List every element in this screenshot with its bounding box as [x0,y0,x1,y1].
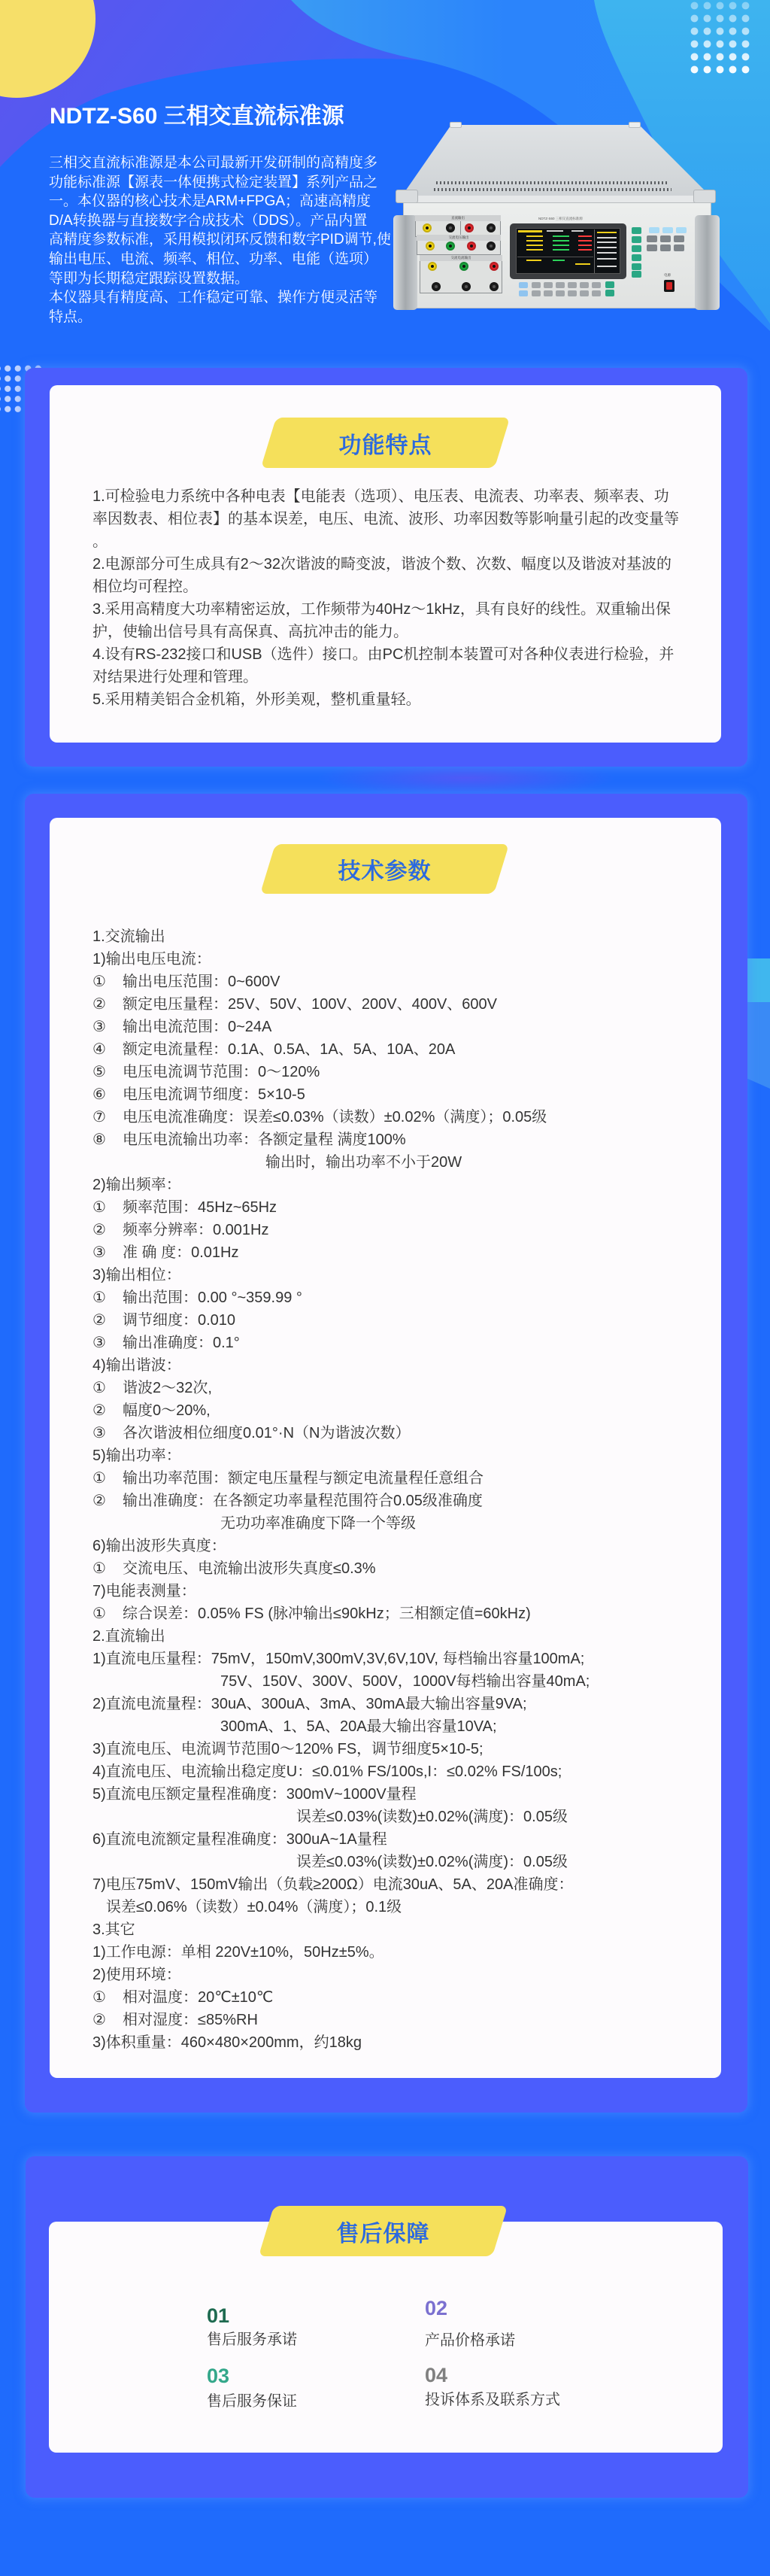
function-key [662,227,673,233]
spec-line-text: 谐波2～32次, [123,1380,212,1396]
spec-line: ①谐波2～32次, [92,1377,590,1399]
screen-value [553,240,569,241]
spec-item-number: ③ [92,1016,123,1038]
spec-item-number: ⑧ [92,1129,123,1151]
spec-line-text: 75V、150V、300V、500V，1000V每档输出容量40mA; [220,1673,590,1690]
keypad-key [605,290,614,296]
section-badge-specs: 技术参数 [268,844,502,894]
spec-line-text: 2.直流输出 [92,1628,165,1645]
spec-line: ②幅度0～20%, [92,1399,590,1422]
spec-line: 300mA、1、5A、20A最大输出容量10VA; [92,1715,590,1738]
after-sales-section: 售后保障 01 售后服务承诺 02 产品价格承诺 03 售后服务保证 04 投诉… [26,2156,748,2498]
screen-value [526,249,543,251]
spec-line: 2)直流电流量程：30uA、300uA、3mA、30mA最大输出容量9VA; [92,1693,590,1715]
spec-line: 2)输出频率： [92,1174,590,1196]
screen-value [578,240,592,241]
description-line: 功能标准源【源表一体便携式检定装置】系列产品之 [49,173,395,193]
spec-line: ③准 确 度：0.01Hz [92,1241,590,1264]
terminal-group-label: 交流电流输出 [420,255,502,261]
feature-line: 。 [92,530,679,553]
section-badge-after-sales: 售后保障 [266,2206,500,2256]
terminal-black [462,282,471,291]
spec-item-number: ② [92,993,123,1016]
spec-line: 误差≤0.03%(读数)±0.02%(满度)：0.05级 [92,1806,590,1828]
spec-item-number: ① [92,1602,123,1625]
screen-value [578,245,592,246]
soft-key [632,263,641,270]
section-title: 售后保障 [337,2215,430,2248]
spec-line: 误差≤0.03%(读数)±0.02%(满度)：0.05级 [92,1851,590,1873]
screen-value [526,235,543,237]
terminal-yellow [423,223,432,232]
spec-item-number: ③ [92,1422,123,1444]
spec-line-text: 输出准确度：在各额定功率量程范围符合0.05级准确度 [123,1493,483,1509]
spec-item-number: ⑤ [92,1061,123,1083]
terminal-red [467,241,476,251]
screen-side-value [597,232,617,233]
spec-line-text: 无功功率准确度下降一个等级 [220,1515,416,1532]
section-title: 功能特点 [339,427,432,460]
spec-line-text: 频率范围：45Hz~65Hz [123,1199,277,1216]
screen-value [553,235,569,237]
spec-line-text: 调节细度：0.010 [123,1312,235,1329]
arrow-key [660,245,671,251]
keypad-key [568,290,577,296]
after-sales-label: 售后服务承诺 [207,2329,297,2350]
description-line: 输出电压、电流、频率、相位、功率、电能（选项） [49,250,395,269]
terminal-green [459,262,468,271]
spec-line-text: 300mA、1、5A、20A最大输出容量10VA; [220,1718,497,1735]
spec-line: ①输出范围：0.00 °~359.99 ° [92,1286,590,1309]
feature-line: 5.采用精美铝合金机箱，外形美观，整机重量轻。 [92,688,679,711]
features-list: 1.可检验电力系统中各种电表【电能表（选项）、电压表、电流表、功率表、频率表、功… [92,485,679,711]
spec-item-number: ① [92,1986,123,2009]
terminal-group-label: 交流电压输出 [417,235,501,241]
spec-item-number: ② [92,1399,123,1422]
terminal-group-label: 直流输出 [415,215,501,221]
screen-value [578,235,592,237]
spec-line-text: 1.交流输出 [92,928,165,945]
screen-value [526,245,543,246]
description-line: 一。本仪器的核心技术是ARM+FPGA；高速高精度 [49,192,395,211]
spec-line-text: 相对温度：20℃±10℃ [123,1989,273,2006]
spec-line-text: 误差≤0.06%（读数）±0.04%（满度）；0.1级 [106,1899,402,1915]
section-title: 技术参数 [338,852,432,885]
lid-tab [629,122,641,128]
spec-item-number: ① [92,1557,123,1580]
after-sales-number: 03 [207,2364,229,2388]
blue-strip-decoration [747,1002,770,1089]
after-sales-number: 01 [207,2304,229,2328]
spec-item-number: ⑦ [92,1106,123,1129]
spec-line: ⑦电压电流准确度：误差≤0.03%（读数）±0.02%（满度）；0.05级 [92,1106,590,1129]
spec-line-text: 7)电能表测量： [92,1583,196,1599]
spec-item-number: ① [92,1467,123,1490]
screen-text [547,230,563,232]
spec-line: ②频率分辨率：0.001Hz [92,1219,590,1241]
spec-item-number: ② [92,1219,123,1241]
terminal-red [490,262,499,271]
spec-item-number: ④ [92,1038,123,1061]
spec-line: 误差≤0.06%（读数）±0.04%（满度）；0.1级 [92,1896,590,1918]
arrow-key [674,245,684,251]
spec-line: 5)输出功率： [92,1444,590,1467]
spec-line-text: 3)体积重量：460×480×200mm，约18kg [92,2034,362,2051]
specs-card: 技术参数 1.交流输出 1)输出电压电流： ①输出电压范围：0~600V ②额定… [50,818,721,2078]
spec-line-text: 电压电流准确度：误差≤0.03%（读数）±0.02%（满度）；0.05级 [123,1109,547,1125]
after-sales-label: 售后服务保证 [207,2391,297,2412]
feature-line: 护，使输出信号具有高保真、高抗冲击的能力。 [92,621,679,643]
spec-item-number: ① [92,1196,123,1219]
spec-item-number: ③ [92,1241,123,1264]
spec-line: 输出时，输出功率不小于20W [92,1151,590,1174]
handle-left [393,215,417,310]
feature-line: 对结果进行处理和管理。 [92,666,679,688]
spec-line: 3)体积重量：460×480×200mm，约18kg [92,2031,590,2054]
handle-right [695,215,720,310]
keypad-key [580,290,589,296]
spec-line-text: 幅度0～20%, [123,1402,211,1419]
function-key [676,227,687,233]
spec-line-text: 3.其它 [92,1921,135,1938]
keypad-key [592,282,601,288]
dot-grid-decoration [688,0,752,76]
screen-side-value [597,241,617,243]
spec-line-text: 输出准确度：0.1° [123,1335,240,1351]
spec-line-text: 电压电流调节范围：0～120% [123,1064,320,1080]
keypad-key [556,282,565,288]
arrow-key [647,245,657,251]
spec-line: ③输出准确度：0.1° [92,1332,590,1354]
after-sales-number: 02 [425,2296,447,2320]
spec-line-text: 5)输出功率： [92,1447,181,1464]
screen-side-value [597,266,617,267]
spec-line: 7)电能表测量： [92,1580,590,1602]
spec-line: 4)直流电压、电流输出稳定度U：≤0.01% FS/100s,I：≤0.02% … [92,1760,590,1783]
spec-line: ①频率范围：45Hz~65Hz [92,1196,590,1219]
spec-line: 无功功率准确度下降一个等级 [92,1512,590,1535]
description-line: 等即为长期稳定跟踪设置数据。 [49,269,395,289]
product-image: 直流输出 交流电压输出 交流电流输出 NDTZ-S60 三相交直流标准源 [391,120,729,324]
keypad-key [544,282,553,288]
screen-side-value [597,237,617,238]
after-sales-label: 投诉体系及联系方式 [425,2389,560,2410]
keypad-key [519,290,528,296]
spec-line-text: 7)电压75mV、150mV输出（负载≥200Ω）电流30uA、5A、20A准确… [92,1876,573,1893]
spec-line-text: 额定电压量程：25V、50V、100V、200V、400V、600V [123,996,497,1013]
terminal-black [487,241,496,251]
spec-line: ⑤电压电流调节范围：0～120% [92,1061,590,1083]
section-badge-features: 功能特点 [268,418,502,468]
spec-item-number: ② [92,1490,123,1512]
spec-line-text: 5)直流电压额定量程准确度：300mV~1000V量程 [92,1786,417,1803]
terminal-black [490,282,499,291]
lid-vent [434,188,671,191]
spec-line-text: 4)直流电压、电流输出稳定度U：≤0.01% FS/100s,I：≤0.02% … [92,1763,562,1780]
specs-list: 1.交流输出 1)输出电压电流： ①输出电压范围：0~600V ②额定电压量程：… [92,925,590,2054]
after-sales-card: 售后保障 01 售后服务承诺 02 产品价格承诺 03 售后服务保证 04 投诉… [49,2222,723,2453]
spec-line-text: 输出电流范围：0~24A [123,1019,271,1035]
spec-line-text: 相对湿度：≤85%RH [123,2012,258,2028]
spec-line: 2.直流输出 [92,1625,590,1648]
spec-line-text: 频率分辨率：0.001Hz [123,1222,269,1238]
specs-section: 技术参数 1.交流输出 1)输出电压电流： ①输出电压范围：0~600V ②额定… [25,794,747,2113]
features-section: 功能特点 1.可检验电力系统中各种电表【电能表（选项）、电压表、电流表、功率表、… [25,368,747,767]
spec-item-number: ② [92,2009,123,2031]
spec-line: ②输出准确度：在各额定功率量程范围符合0.05级准确度 [92,1490,590,1512]
spec-line: ⑥电压电流调节细度：5×10-5 [92,1083,590,1106]
spec-line: ②额定电压量程：25V、50V、100V、200V、400V、600V [92,993,590,1016]
spec-line-text: 电压电流输出功率：各额定量程 满度100% [123,1132,406,1148]
after-sales-label: 产品价格承诺 [425,2330,515,2351]
spec-line: ③输出电流范围：0~24A [92,1016,590,1038]
arrow-key [660,235,671,242]
power-label: 电源 [664,273,671,278]
terminal-black [432,282,441,291]
power-switch-rocker [666,282,672,290]
keypad-key [580,282,589,288]
screen-value [553,260,565,261]
description-line: 特点。 [49,308,395,327]
cyan-strip-decoration [747,958,770,1002]
soft-key [632,227,641,234]
spec-line-text: 交流电压、电流输出波形失真度≤0.3% [123,1560,376,1577]
spec-line: 1)直流电压量程：75mV，150mV,300mV,3V,6V,10V, 每档输… [92,1648,590,1670]
spec-line: ②调节细度：0.010 [92,1309,590,1332]
spec-item-number: ② [92,1309,123,1332]
spec-line-text: 输出电压范围：0~600V [123,974,280,990]
terminal-green [446,241,455,251]
keypad-key [532,282,541,288]
screen-side-value [597,247,617,248]
feature-line: 4.设有RS-232接口和USB（选件）接口。由PC机控制本装置可对各种仪表进行… [92,643,679,666]
spec-line: 6)输出波形失真度： [92,1535,590,1557]
spec-item-number: ③ [92,1332,123,1354]
soft-key [632,236,641,243]
spec-line-text: 准 确 度：0.01Hz [123,1244,238,1261]
spec-line: 6)直流电流额定量程准确度：300uA~1A量程 [92,1828,590,1851]
keypad-key [605,281,614,288]
spec-line: 3.其它 [92,1918,590,1941]
description-line: D/A转换器与直接数字合成技术（DDS）。产品内置 [49,211,395,231]
spec-line-text: 2)输出频率： [92,1177,181,1193]
feature-line: 率因数表、相位表】的基本误差，电压、电流、波形、功率因数等影响量引起的改变量等 [92,508,679,530]
screen-value [553,249,569,251]
corner-block [396,190,418,203]
screen-value [578,249,592,251]
spec-line-text: 误差≤0.03%(读数)±0.02%(满度)：0.05级 [296,1809,568,1825]
instrument-panel-label: NDTZ-S60 三相交直流标准源 [538,217,583,221]
spec-line-text: 输出时，输出功率不小于20W [265,1154,462,1171]
spec-line: ①输出功率范围：额定电压量程与额定电流量程任意组合 [92,1467,590,1490]
spec-item-number: ① [92,1377,123,1399]
spec-line: ①相对温度：20℃±10℃ [92,1986,590,2009]
spec-line: 2)使用环境： [92,1964,590,1986]
spec-line-text: 2)直流电流量程：30uA、300uA、3mA、30mA最大输出容量9VA; [92,1696,527,1712]
spec-line-text: 额定电流量程：0.1A、0.5A、1A、5A、10A、20A [123,1041,455,1058]
screen-text [571,230,584,232]
keypad-key [519,282,528,288]
spec-line: ①输出电压范围：0~600V [92,971,590,993]
spec-line: 3)输出相位： [92,1264,590,1286]
spec-line: ①交流电压、电流输出波形失真度≤0.3% [92,1557,590,1580]
spec-line-text: 各次谐波相位细度0.01°·N（N为谐波次数） [123,1425,410,1441]
keypad-key [544,290,553,296]
feature-line: 3.采用高精度大功率精密运放，工作频带为40Hz～1kHz，具有良好的线性。双重… [92,598,679,621]
keypad-key [568,282,577,288]
spec-line-text: 3)直流电压、电流调节范围0～120% FS，调节细度5×10-5; [92,1741,484,1757]
spec-line: 1.交流输出 [92,925,590,948]
lid-vent [436,181,669,184]
corner-block [693,190,716,203]
spec-line-text: 综合误差：0.05% FS (脉冲输出≤90kHz；三相额定值=60kHz) [123,1605,531,1622]
spec-line: 3)直流电压、电流调节范围0～120% FS，调节细度5×10-5; [92,1738,590,1760]
screen-side-value [597,258,617,260]
spec-line-text: 3)输出相位： [92,1267,181,1283]
arrow-key [647,235,657,242]
spec-item-number: ① [92,971,123,993]
screen-value [575,263,590,265]
spec-line-text: 6)直流电流额定量程准确度：300uA~1A量程 [92,1831,387,1848]
keypad-key [532,290,541,296]
keypad-key [556,290,565,296]
spec-line-text: 输出功率范围：额定电压量程与额定电流量程任意组合 [123,1470,484,1487]
lid-tab [450,122,462,128]
screen-divider [517,257,593,257]
spec-line: 1)输出电压电流： [92,948,590,971]
spec-line-text: 1)输出电压电流： [92,951,211,968]
terminal-yellow [426,241,435,251]
screen-value [526,240,543,241]
spec-item-number: ⑥ [92,1083,123,1106]
screen-value [526,260,541,261]
after-sales-number: 04 [425,2363,447,2387]
screen-value [553,245,569,246]
terminal-black [487,223,496,232]
spec-line: 75V、150V、300V、500V，1000V每档输出容量40mA; [92,1670,590,1693]
spec-line-text: 输出范围：0.00 °~359.99 ° [123,1290,302,1306]
spec-line-text: 6)输出波形失真度： [92,1538,226,1554]
features-card: 功能特点 1.可检验电力系统中各种电表【电能表（选项）、电压表、电流表、功率表、… [50,385,721,743]
description-line: 高精度参数标准，采用模拟闭环反馈和数字PID调节,使 [49,230,395,250]
spec-line-text: 误差≤0.03%(读数)±0.02%(满度)：0.05级 [296,1854,568,1870]
description-line: 三相交直流标准源是本公司最新开发研制的高精度多 [49,153,395,173]
screen-title-bar [518,230,542,232]
spec-line-text: 1)工作电源：单相 220V±10%，50Hz±5%。 [92,1944,384,1961]
spec-line: ②相对湿度：≤85%RH [92,2009,590,2031]
terminal-red [465,223,474,232]
spec-line: 1)工作电源：单相 220V±10%，50Hz±5%。 [92,1941,590,1964]
product-description: 三相交直流标准源是本公司最新开发研制的高精度多 功能标准源【源表一体便携式检定装… [49,153,395,327]
spec-line: ①综合误差：0.05% FS (脉冲输出≤90kHz；三相额定值=60kHz) [92,1602,590,1625]
spec-line: ④额定电流量程：0.1A、0.5A、1A、5A、10A、20A [92,1038,590,1061]
feature-line: 2.电源部分可生成具有2～32次谐波的畸变波，谐波个数、次数、幅度以及谐波对基波… [92,553,679,576]
spec-line-text: 4)输出谐波： [92,1357,181,1374]
spec-line: 5)直流电压额定量程准确度：300mV~1000V量程 [92,1783,590,1806]
soft-key [632,245,641,252]
spec-line-text: 2)使用环境： [92,1967,181,1983]
screen-side-value [597,252,617,254]
page-title: NDTZ-S60 三相交直流标准源 [50,103,344,130]
spec-line-text: 电压电流调节细度：5×10-5 [123,1086,305,1103]
terminal-black [446,223,455,232]
feature-line: 相位均可程控。 [92,576,679,598]
arrow-key [674,235,684,242]
keypad-key [592,290,601,296]
description-line: 本仪器具有精度高、工作稳定可靠、操作方便灵活等 [49,288,395,308]
spec-line: 4)输出谐波： [92,1354,590,1377]
soft-key [632,271,641,278]
spec-line: ③各次谐波相位细度0.01°·N（N为谐波次数） [92,1422,590,1444]
soft-key [632,254,641,261]
function-key [649,227,659,233]
spec-line: ⑧电压电流输出功率：各额定量程 满度100% [92,1129,590,1151]
screen-divider [594,229,595,273]
spec-line: 7)电压75mV、150mV输出（负载≥200Ω）电流30uA、5A、20A准确… [92,1873,590,1896]
spec-line-text: 1)直流电压量程：75mV，150mV,300mV,3V,6V,10V, 每档输… [92,1651,584,1667]
feature-line: 1.可检验电力系统中各种电表【电能表（选项）、电压表、电流表、功率表、频率表、功 [92,485,679,508]
terminal-yellow [428,262,437,271]
spec-item-number: ① [92,1286,123,1309]
